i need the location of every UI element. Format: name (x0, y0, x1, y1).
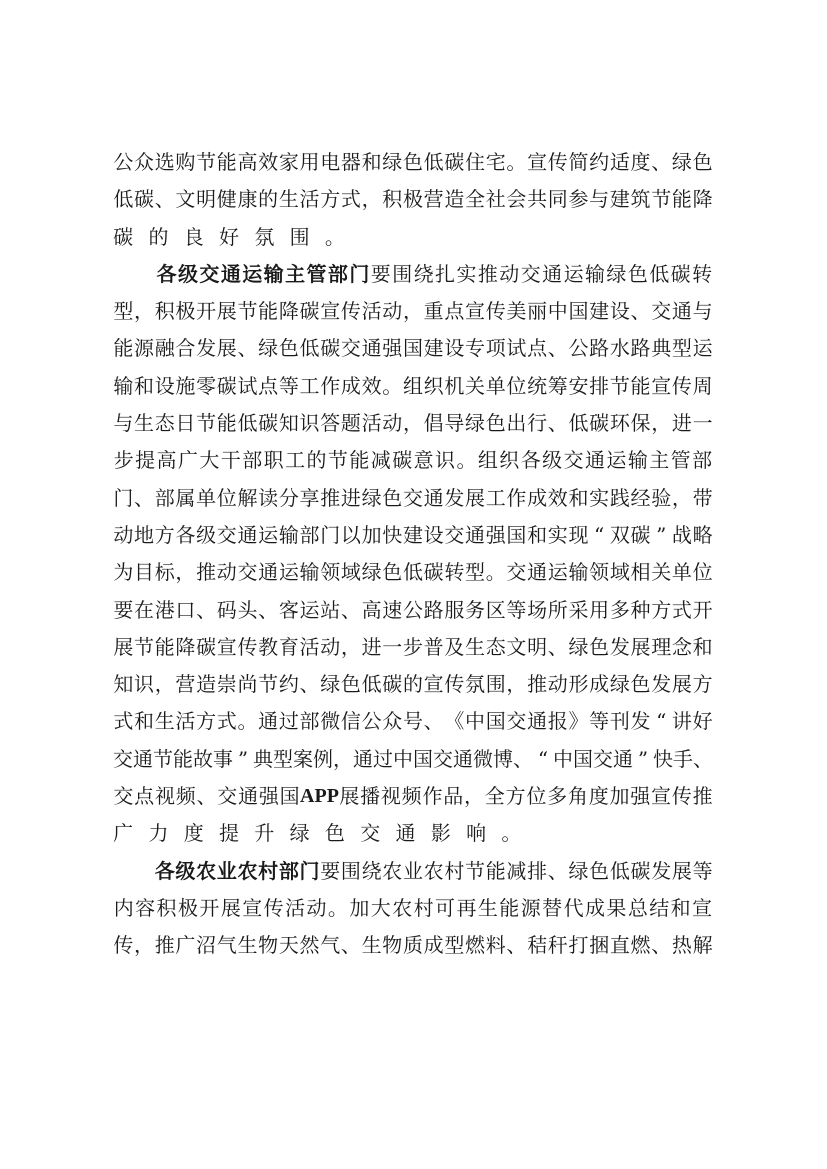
text-line: 内容积极开展宣传活动。加大农村可再生能源替代成果总结和宣 (113, 890, 713, 927)
text-line: 交通节能故事”典型案例，通过中国交通微博、“中国交通”快手、 (113, 741, 713, 778)
paragraph-building-continued: 公众选购节能高效家用电器和绿色低碳住宅。宣传简约适度、绿色低碳、文明健康的生活方… (113, 144, 713, 256)
text-line: 广力度提升绿色交通影响。 (113, 815, 713, 852)
paragraph-agriculture: 各级农业农村部门要围绕农业农村节能减排、绿色低碳发展等内容积极开展宣传活动。加大… (113, 853, 713, 965)
text-line: 步提高广大干部职工的节能减碳意识。组织各级交通运输主管部 (113, 442, 713, 479)
text-line: 门、部属单位解读分享推进绿色交通发展工作成效和实践经验，带 (113, 480, 713, 517)
text-line: 能源融合发展、绿色低碳交通强国建设专项试点、公路水路典型运 (113, 330, 713, 367)
text-line: 输和设施零碳试点等工作成效。组织机关单位统筹安排节能宣传周 (113, 368, 713, 405)
text-line: 式和生活方式。通过部微信公众号、《中国交通报》等刊发“讲好 (113, 703, 713, 740)
text-line: 展节能降碳宣传教育活动，进一步普及生态文明、绿色发展理念和 (113, 629, 713, 666)
text-line: 碳的良好氛围。 (113, 219, 713, 256)
text-line: 为目标，推动交通运输领域绿色低碳转型。交通运输领域相关单位 (113, 554, 713, 591)
text-line: 要在港口、码头、客运站、高速公路服务区等场所采用多种方式开 (113, 592, 713, 629)
text-line: 各级农业农村部门要围绕农业农村节能减排、绿色低碳发展等 (113, 853, 713, 890)
text-line: 低碳、文明健康的生活方式，积极营造全社会共同参与建筑节能降 (113, 181, 713, 218)
text-line: 公众选购节能高效家用电器和绿色低碳住宅。宣传简约适度、绿色 (113, 144, 713, 181)
text-line: 交点视频、交通强国APP展播视频作品，全方位多角度加强宣传推 (113, 778, 713, 815)
paragraph-transport: 各级交通运输主管部门要围绕扎实推动交通运输绿色低碳转型，积极开展节能降碳宣传活动… (113, 256, 713, 853)
text-line: 传，推广沼气生物天然气、生物质成型燃料、秸秆打捆直燃、热解 (113, 927, 713, 964)
text-line: 知识，营造崇尚节约、绿色低碳的宣传氛围，推动形成绿色发展方 (113, 666, 713, 703)
text-line: 动地方各级交通运输部门以加快建设交通强国和实现“双碳”战略 (113, 517, 713, 554)
text-line: 与生态日节能低碳知识答题活动，倡导绿色出行、低碳环保，进一 (113, 405, 713, 442)
text-line: 各级交通运输主管部门要围绕扎实推动交通运输绿色低碳转 (113, 256, 713, 293)
text-line: 型，积极开展节能降碳宣传活动，重点宣传美丽中国建设、交通与 (113, 293, 713, 330)
document-body: 公众选购节能高效家用电器和绿色低碳住宅。宣传简约适度、绿色低碳、文明健康的生活方… (113, 144, 713, 965)
document-page: 公众选购节能高效家用电器和绿色低碳住宅。宣传简约适度、绿色低碳、文明健康的生活方… (0, 0, 827, 1169)
